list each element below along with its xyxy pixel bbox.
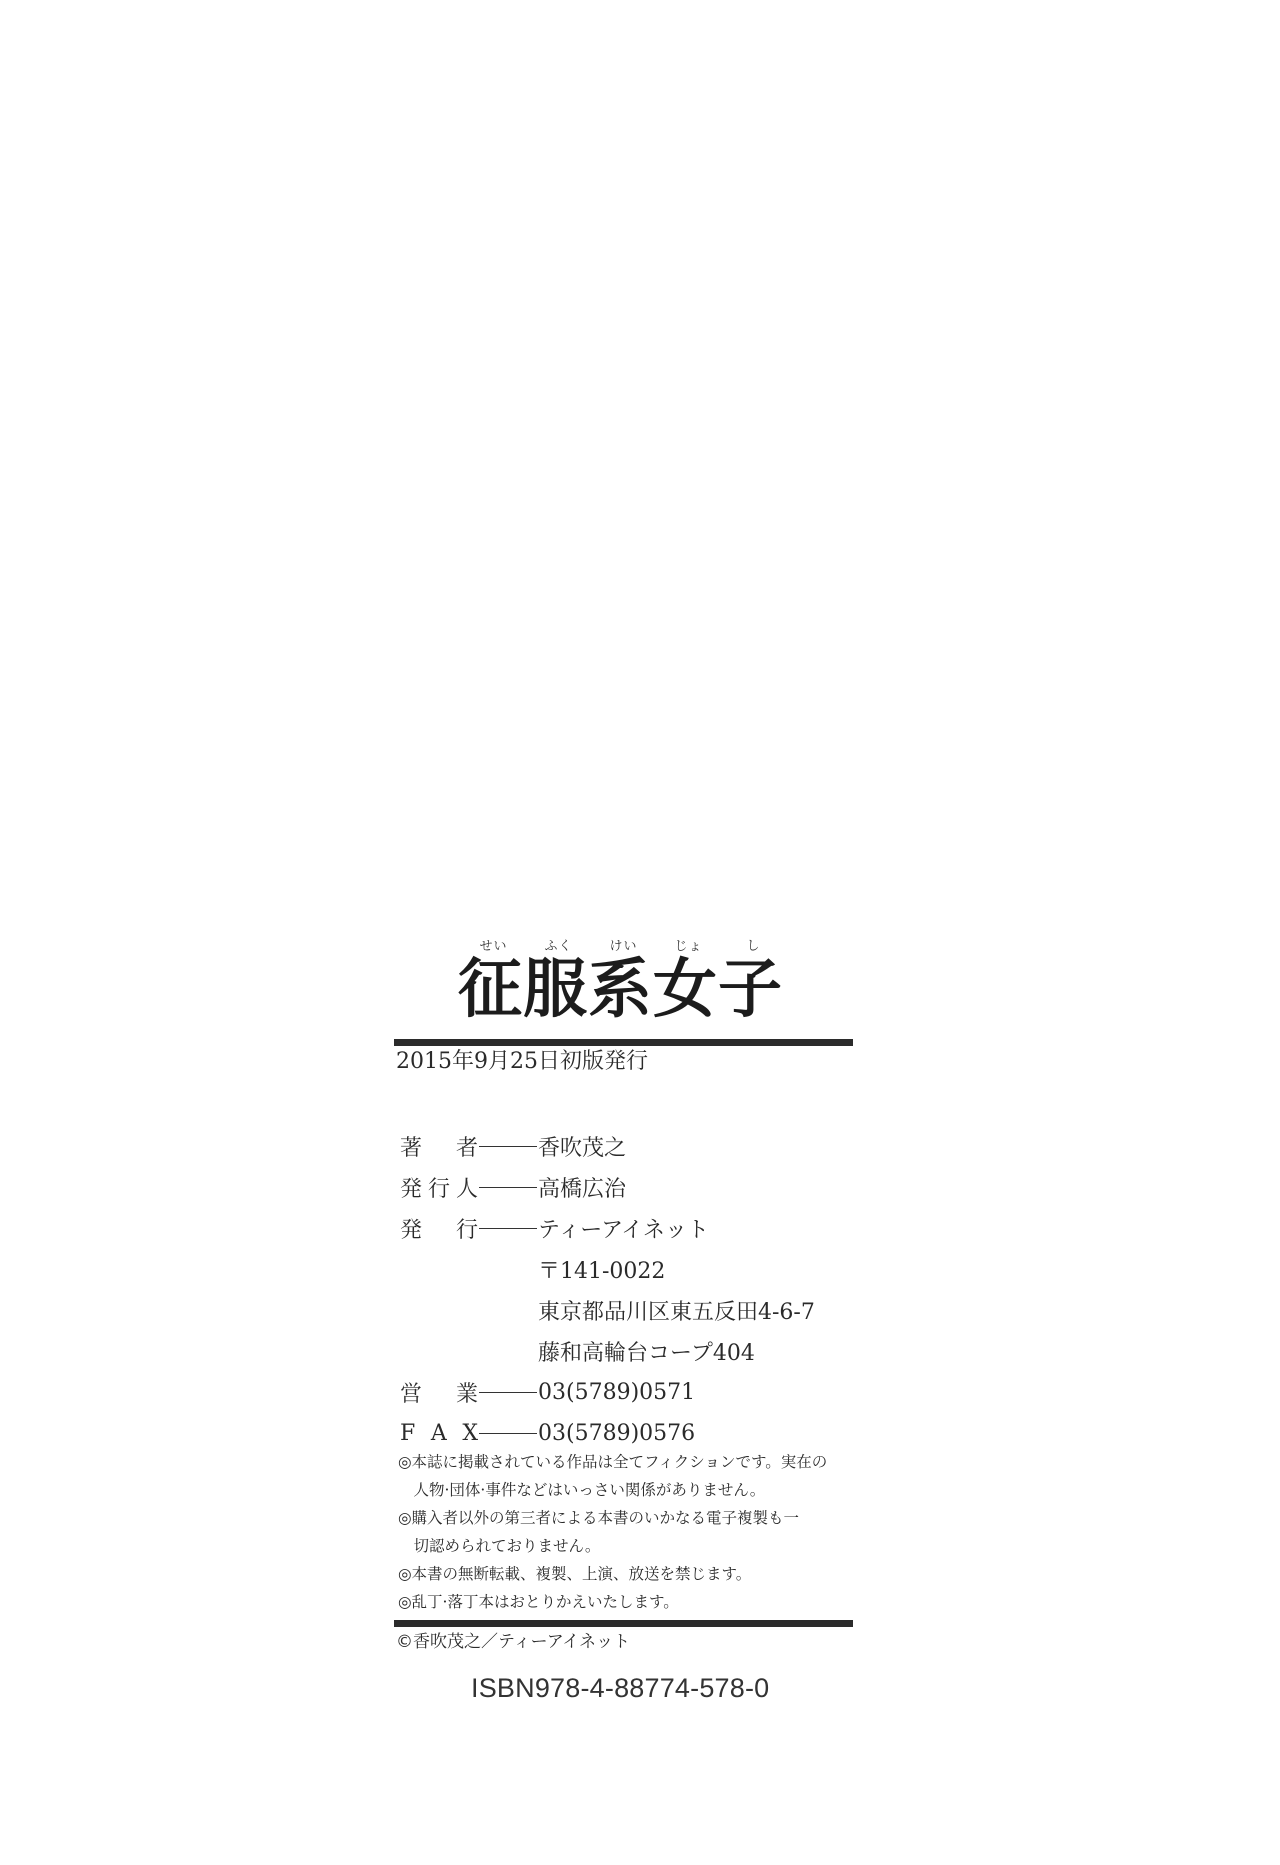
top-rule: [394, 1039, 853, 1046]
book-title: 征服系女子: [458, 954, 783, 1026]
detail-label: 発 行: [400, 1213, 478, 1244]
dash-rule: [479, 1187, 537, 1189]
note-line: 人物·団体·事件などはいっさい関係がありません。: [398, 1476, 858, 1504]
copyright-line: ©香吹茂之／ティーアイネット: [396, 1630, 630, 1654]
detail-row-postal-code: 〒141-0022: [400, 1249, 860, 1290]
edition-date: 2015年9月25日初版発行: [396, 1048, 648, 1076]
note-line: ◎本書の無断転載、複製、上演、放送を禁じます。: [398, 1560, 858, 1588]
detail-value: ティーアイネット: [538, 1213, 709, 1244]
note-line: ◎購入者以外の第三者による本書のいかなる電子複製も一: [398, 1504, 858, 1532]
legal-notes: ◎本誌に掲載されている作品は全てフィクションです。実在の 人物·団体·事件などは…: [398, 1448, 858, 1616]
publication-details: 著 者 香吹茂之 発行人 高橋広治 発 行 ティーアイネット 〒141-0022…: [400, 1126, 860, 1454]
dash-rule: [479, 1392, 537, 1394]
dash-spacer: [479, 1310, 537, 1312]
detail-row-publisher-person: 発行人 高橋広治: [400, 1167, 860, 1208]
detail-row-author: 著 者 香吹茂之: [400, 1126, 860, 1167]
detail-label: 発行人: [400, 1172, 478, 1203]
dash-spacer: [479, 1351, 537, 1353]
dash-rule: [479, 1146, 537, 1148]
detail-row-address-1: 東京都品川区東五反田4-6-7: [400, 1290, 860, 1331]
note-line: ◎本誌に掲載されている作品は全てフィクションです。実在の: [398, 1448, 858, 1476]
detail-value: 03(5789)0576: [538, 1421, 695, 1446]
dash-spacer: [479, 1269, 537, 1271]
detail-row-sales-phone: 営 業 03(5789)0571: [400, 1372, 860, 1413]
detail-row-publisher: 発 行 ティーアイネット: [400, 1208, 860, 1249]
detail-value: 東京都品川区東五反田4-6-7: [538, 1295, 815, 1326]
bottom-rule: [394, 1620, 853, 1627]
isbn: ISBN978-4-88774-578-0: [471, 1672, 769, 1704]
dash-rule: [479, 1433, 537, 1435]
detail-value: 〒141-0022: [538, 1254, 665, 1285]
detail-value: 藤和高輪台コープ404: [538, 1336, 755, 1367]
detail-value: 高橋広治: [538, 1172, 626, 1203]
detail-value: 香吹茂之: [538, 1131, 626, 1162]
detail-label: 営 業: [400, 1377, 478, 1408]
dash-rule: [479, 1228, 537, 1230]
detail-row-address-2: 藤和高輪台コープ404: [400, 1331, 860, 1372]
detail-label: 著 者: [400, 1131, 478, 1162]
detail-value: 03(5789)0571: [538, 1380, 695, 1405]
detail-label: F A X: [400, 1421, 478, 1446]
note-line: 切認められておりません。: [398, 1532, 858, 1560]
note-line: ◎乱丁·落丁本はおとりかえいたします。: [398, 1588, 858, 1616]
